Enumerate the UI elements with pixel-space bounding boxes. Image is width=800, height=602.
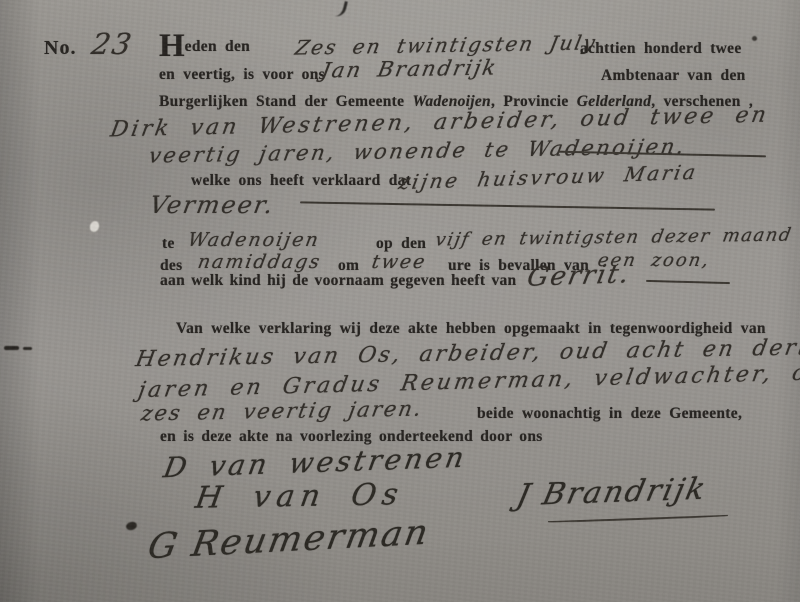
stray-pen-mark [331, 0, 348, 18]
signature-flourish [548, 515, 728, 523]
printed-municipality-name: Wadenoijen [412, 93, 491, 110]
handwritten-rule [300, 201, 715, 210]
handwritten-mother-intro: zijne huisvrouw Maria [397, 160, 700, 194]
printed-ondertekend: en is deze akte na voorlezing onderteeke… [160, 428, 543, 446]
printed-te: te [162, 235, 175, 253]
handwritten-registrar-name: Jan Brandrijk [319, 55, 499, 82]
printed-heden-den: Heden den [159, 36, 250, 56]
signature-declarant: D van westrenen [161, 441, 469, 484]
handwritten-child-name: Gerrit. [525, 259, 634, 293]
handwritten-mother-surname: Vermeer. [148, 191, 277, 219]
handwritten-birth-place: Wadenoijen [186, 229, 322, 251]
signature-registrar: J Brandrijk [513, 472, 710, 514]
handwritten-registration-date: Zes en twintigsten July [293, 30, 599, 59]
printed-year-part2: en veertig, is voor ons [159, 66, 325, 84]
scanned-birth-act: No. 23 Heden den Zes en twintigsten July… [0, 0, 800, 602]
printed-burgerlijken-stand: Burgerlijken Stand der Gemeente [159, 93, 412, 110]
handwritten-daypart: namiddags [196, 251, 323, 273]
act-number-label: No. [44, 37, 76, 60]
printed-heden-rest: eden den [185, 38, 250, 55]
printed-ambtenaar: Ambtenaar van den [601, 67, 746, 85]
printed-witness-intro: Van welke verklaring wij deze akte hebbe… [176, 320, 766, 338]
handwritten-witness-age: zes en veertig jaren. [139, 397, 424, 426]
printed-verklaard-dat: welke ons heeft verklaard dat [191, 172, 411, 190]
signature-witness1: H van Os [193, 477, 407, 516]
ink-blot [125, 521, 138, 532]
dropcap-initial: H [159, 28, 185, 64]
ink-speck [752, 36, 757, 41]
margin-dash-mark [4, 346, 19, 350]
act-number-value: 23 [89, 27, 136, 61]
printed-year-part1: achttien honderd twee [580, 40, 742, 58]
handwritten-hour: twee [370, 251, 428, 273]
signature-witness2: G Reumerman [145, 513, 433, 567]
margin-dash-mark [23, 347, 32, 350]
printed-voornaam: aan welk kind hij de voornaam gegeven he… [160, 272, 516, 290]
white-speck [88, 220, 100, 233]
handwritten-rule [646, 280, 730, 284]
printed-woonachtig: beide woonachtig in deze Gemeente, [477, 405, 742, 423]
handwritten-birth-day: vijf en twintigsten dezer maand [434, 225, 794, 251]
